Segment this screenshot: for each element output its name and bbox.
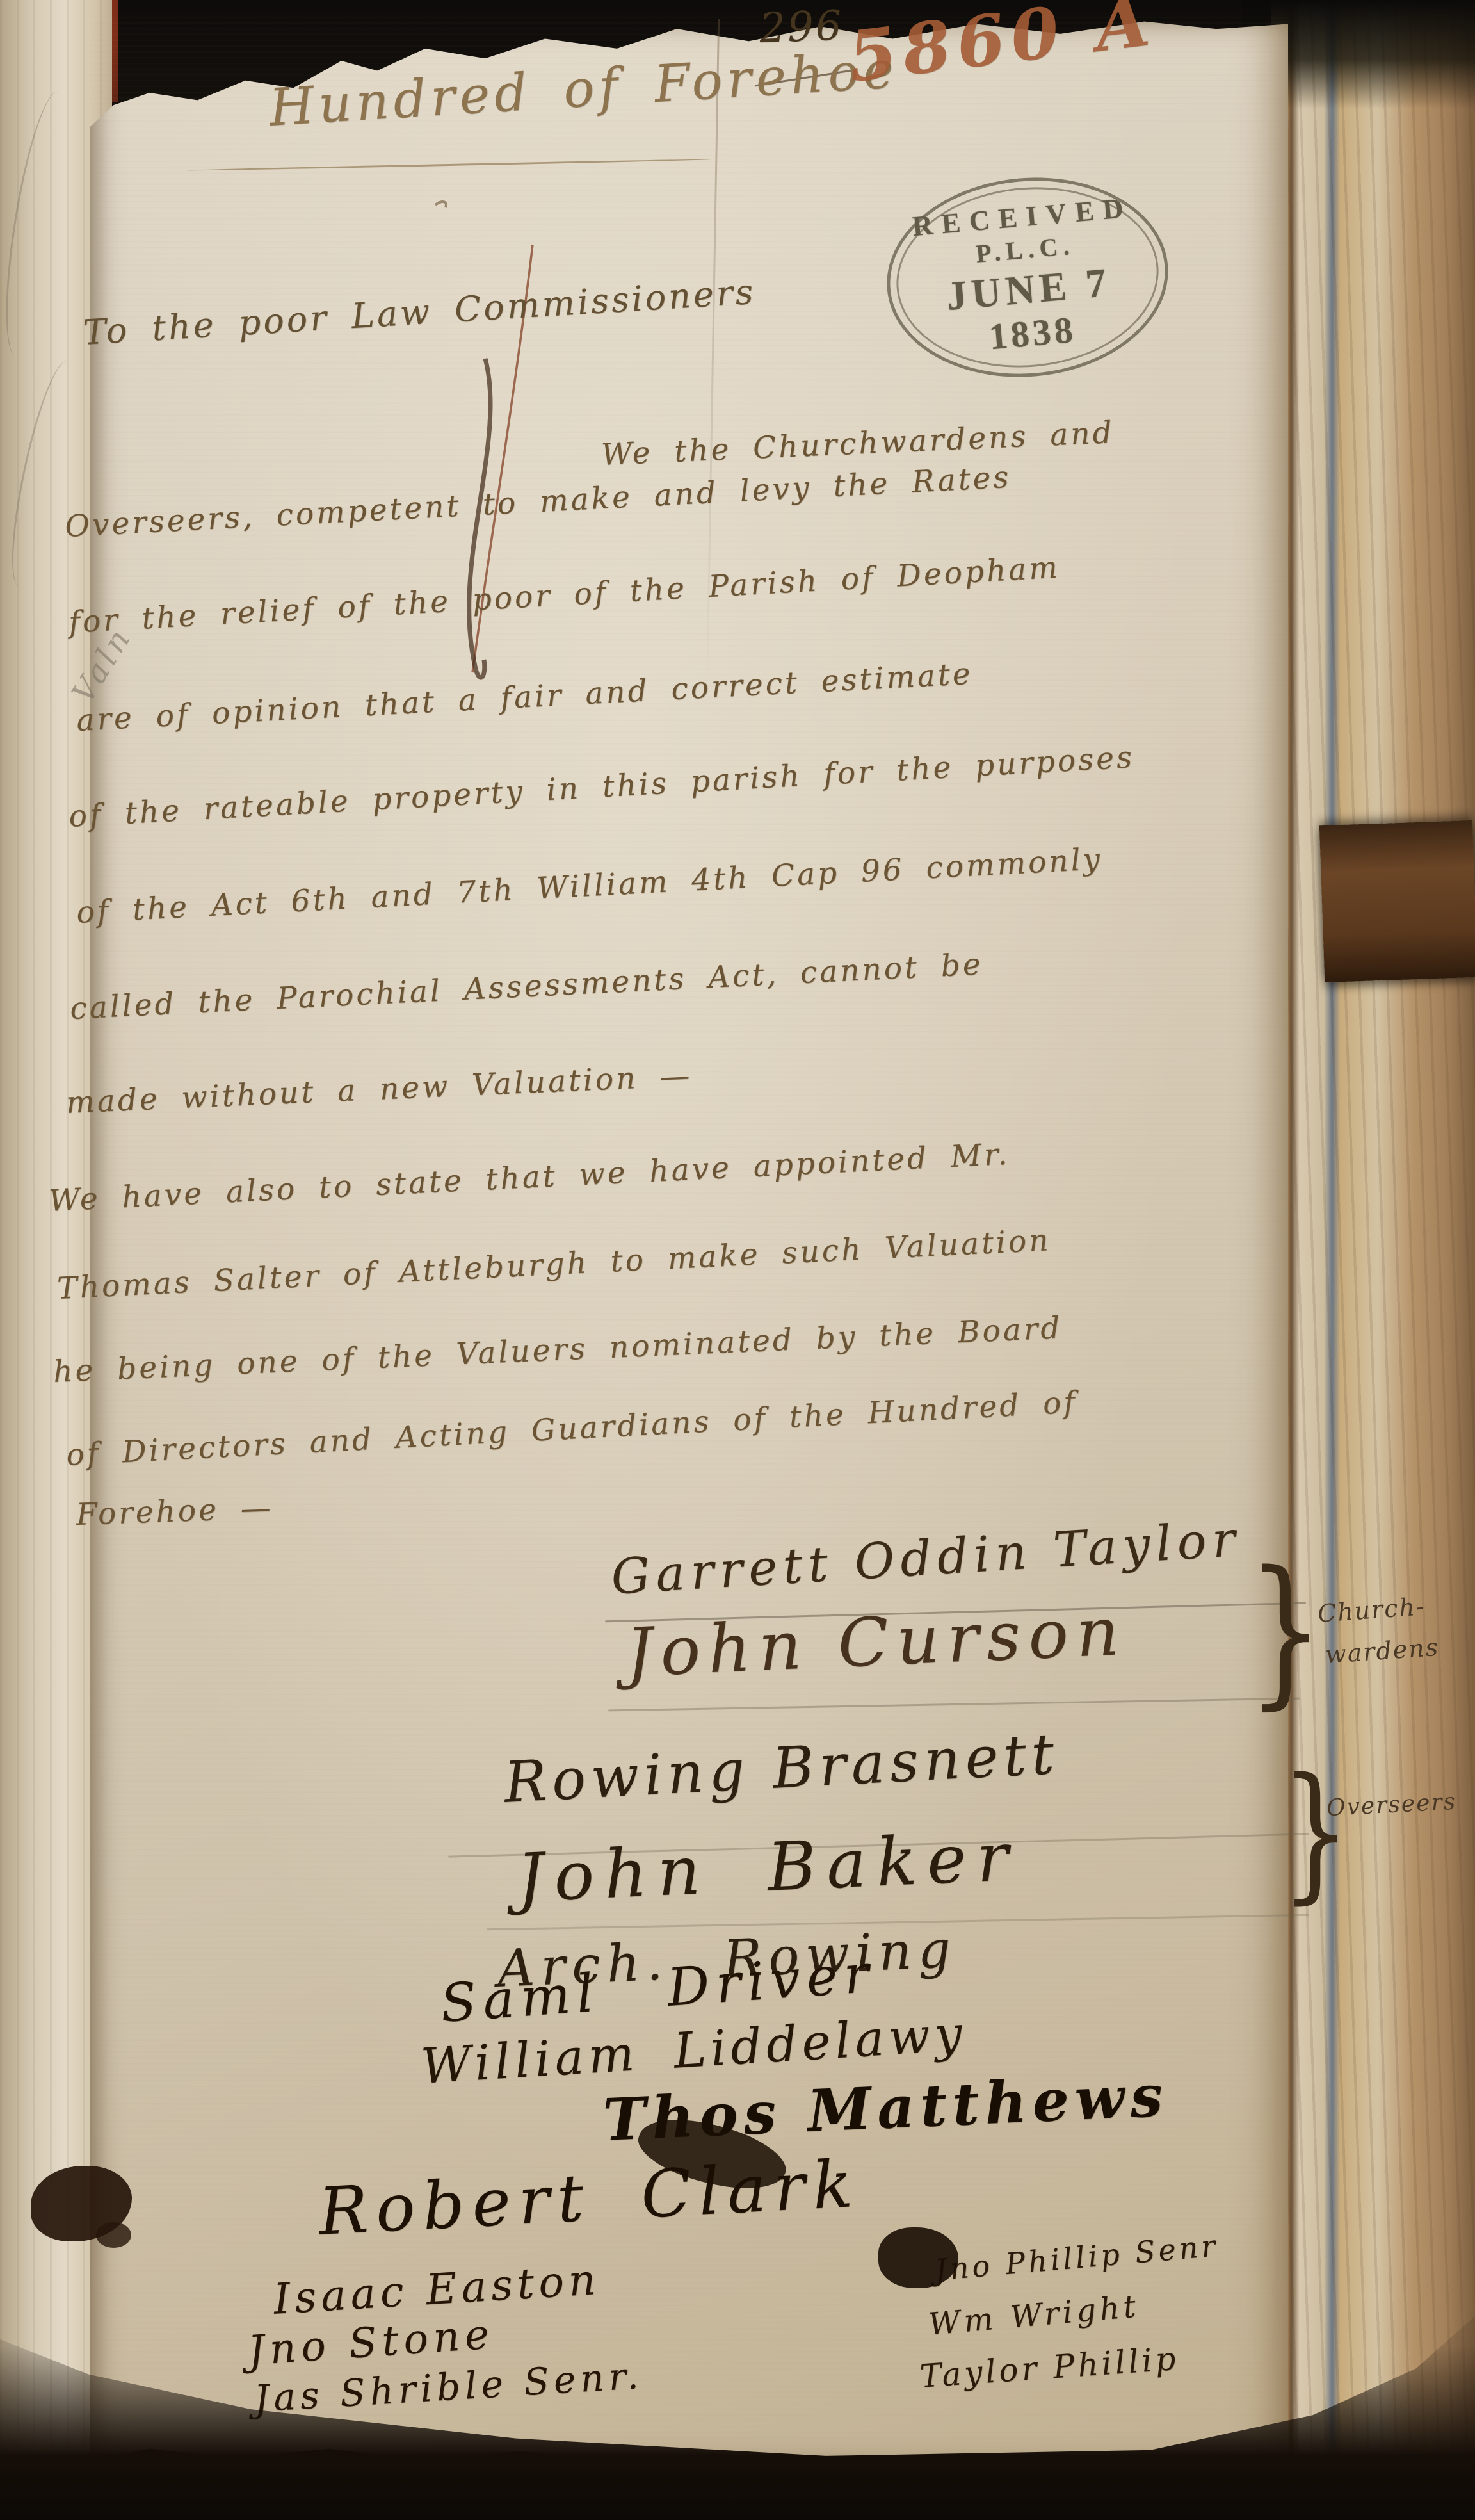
churchwardens-brace: } — [1247, 1537, 1324, 1725]
ink-blot-small — [96, 2222, 131, 2248]
ink-blot — [878, 2227, 958, 2288]
manuscript-photo: 296 Hundred of Forehoe 5860 A RECEIVED P… — [0, 0, 1475, 2520]
body-line: Forehoe — — [76, 1490, 274, 1532]
overseers-brace: } — [1280, 1747, 1351, 1918]
stamp-line-year: 1838 — [987, 307, 1077, 358]
stamp-line-date: JUNE 7 — [944, 258, 1113, 320]
